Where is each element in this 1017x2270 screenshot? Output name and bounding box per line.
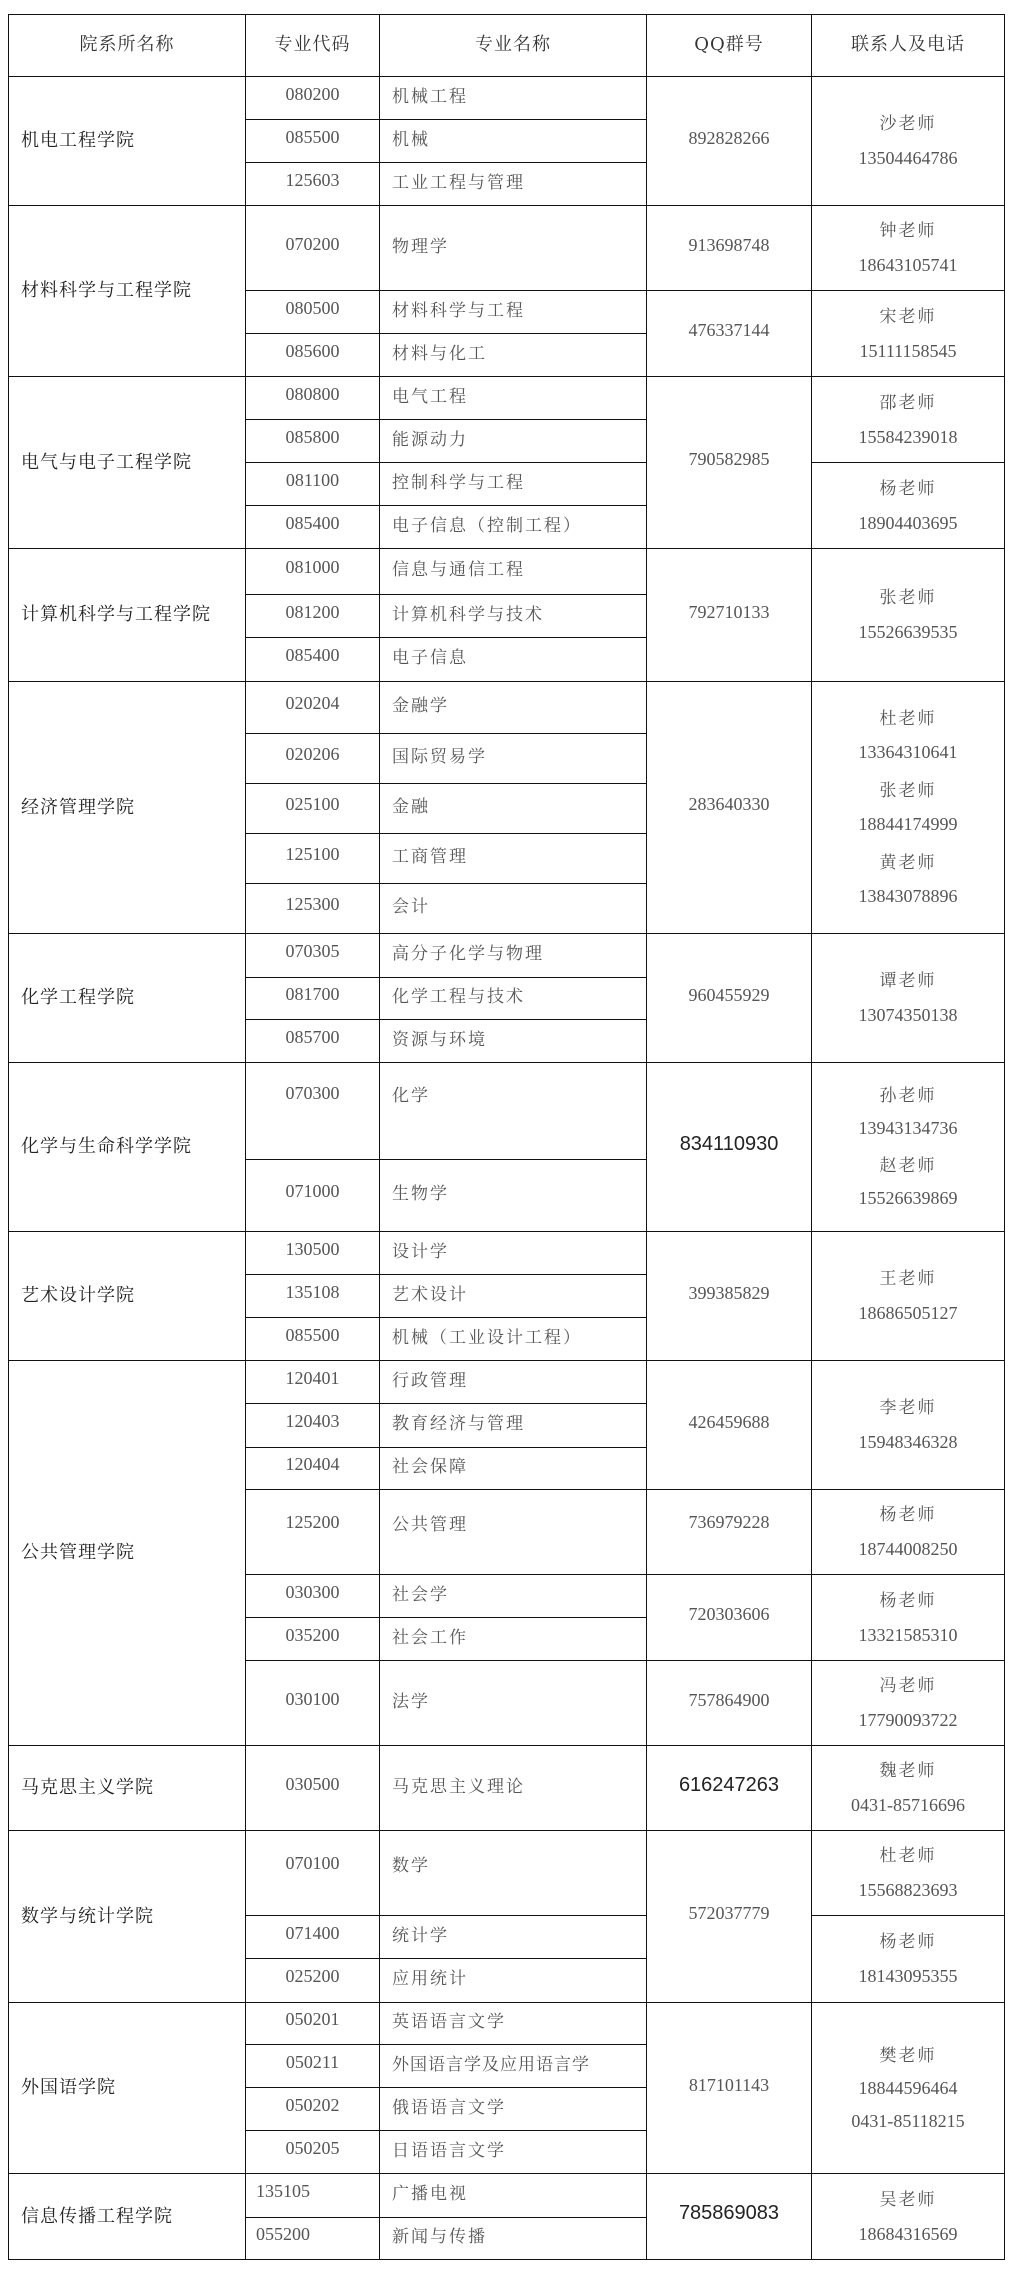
contact-cell: 杜老师 13364310641 张老师 18844174999 黄老师 1384… [811, 681, 1005, 934]
contact-cell: 杨老师 18904403695 [811, 462, 1005, 549]
contact-phone: 18684316569 [859, 2224, 958, 2245]
major-code: 125300 [245, 883, 380, 934]
major-code: 080500 [245, 290, 380, 334]
major-name: 国际贸易学 [379, 733, 647, 784]
contact-name: 宋老师 [880, 302, 937, 327]
contact-name: 沙老师 [880, 109, 937, 134]
contact-name: 邵老师 [880, 388, 937, 413]
major-name: 统计学 [379, 1915, 647, 1959]
contact-name: 张老师 [880, 776, 937, 801]
major-name: 资源与环境 [379, 1019, 647, 1063]
contact-phone: 0431-85118215 [851, 2111, 964, 2132]
contact-name: 杨老师 [880, 474, 937, 499]
contact-cell: 吴老师 18684316569 [811, 2173, 1005, 2260]
contact-phone: 15948346328 [859, 1432, 958, 1453]
contact-cell: 杨老师 18143095355 [811, 1915, 1005, 2003]
major-code: 120403 [245, 1403, 380, 1448]
contact-cell: 沙老师 13504464786 [811, 76, 1005, 206]
qq-group: 616247263 [646, 1745, 812, 1831]
contact-table: 院系所名称 专业代码 专业名称 QQ群号 联系人及电话 机电工程学院 08020… [0, 0, 1017, 2270]
contact-phone: 18643105741 [859, 255, 958, 276]
major-name: 会计 [379, 883, 647, 934]
college-name: 电气与电子工程学院 [8, 376, 246, 549]
major-code: 085800 [245, 419, 380, 463]
college-name: 公共管理学院 [8, 1360, 246, 1746]
major-name: 数学 [379, 1830, 647, 1916]
contact-phone: 18744008250 [859, 1539, 958, 1560]
header-college: 院系所名称 [8, 14, 246, 77]
contact-cell: 钟老师 18643105741 [811, 205, 1005, 291]
major-name: 社会保障 [379, 1447, 647, 1490]
contact-phone: 13943134736 [859, 1118, 958, 1139]
contact-name: 杨老师 [880, 1927, 937, 1952]
header-qq: QQ群号 [646, 14, 812, 77]
contact-cell: 冯老师 17790093722 [811, 1660, 1005, 1746]
major-code: 050201 [245, 2002, 380, 2045]
major-code: 081000 [245, 548, 380, 595]
major-code: 071400 [245, 1915, 380, 1959]
contact-cell: 杜老师 15568823693 [811, 1830, 1005, 1916]
major-name: 俄语语言文学 [379, 2087, 647, 2131]
major-name: 设计学 [379, 1231, 647, 1275]
major-code: 020204 [245, 681, 380, 734]
college-name: 化学与生命科学学院 [8, 1062, 246, 1232]
contact-cell: 张老师 15526639535 [811, 548, 1005, 682]
contact-name: 孙老师 [880, 1081, 937, 1106]
major-code: 070200 [245, 205, 380, 291]
major-name: 机械 [379, 119, 647, 163]
major-code: 025100 [245, 783, 380, 834]
college-name: 计算机科学与工程学院 [8, 548, 246, 682]
qq-group: 399385829 [646, 1231, 812, 1361]
college-name: 化学工程学院 [8, 933, 246, 1063]
major-name: 日语语言文学 [379, 2130, 647, 2174]
contact-phone: 15111158545 [860, 341, 957, 362]
qq-group: 757864900 [646, 1660, 812, 1746]
contact-phone: 18686505127 [859, 1303, 958, 1324]
major-name: 工商管理 [379, 833, 647, 884]
contact-cell: 邵老师 15584239018 [811, 376, 1005, 463]
major-code: 050211 [245, 2044, 380, 2088]
qq-group: 834110930 [646, 1062, 812, 1232]
major-name: 机械工程 [379, 76, 647, 120]
qq-group: 283640330 [646, 681, 812, 934]
contact-cell: 杨老师 13321585310 [811, 1574, 1005, 1661]
major-name: 外国语言学及应用语言学 [379, 2044, 647, 2088]
contact-cell: 谭老师 13074350138 [811, 933, 1005, 1063]
major-code: 085400 [245, 637, 380, 682]
major-code: 035200 [245, 1617, 380, 1661]
major-code: 125100 [245, 833, 380, 884]
major-name: 生物学 [379, 1159, 647, 1232]
contact-phone: 13504464786 [859, 148, 958, 169]
contact-phone: 18143095355 [859, 1966, 958, 1987]
qq-group: 817101143 [646, 2002, 812, 2174]
contact-phone: 18844174999 [859, 814, 958, 835]
contact-name: 钟老师 [880, 216, 937, 241]
major-name: 法学 [379, 1660, 647, 1746]
major-name: 应用统计 [379, 1958, 647, 2003]
contact-name: 杨老师 [880, 1586, 937, 1611]
contact-name: 冯老师 [880, 1671, 937, 1696]
qq-group: 720303606 [646, 1574, 812, 1661]
college-name: 信息传播工程学院 [8, 2173, 246, 2260]
major-code: 050202 [245, 2087, 380, 2131]
major-name: 金融 [379, 783, 647, 834]
contact-name: 杜老师 [880, 1841, 937, 1866]
contact-phone: 13321585310 [859, 1625, 958, 1646]
qq-group: 785869083 [646, 2173, 812, 2260]
contact-phone: 13364310641 [859, 742, 958, 763]
major-name: 化学工程与技术 [379, 977, 647, 1020]
contact-phone: 18844596464 [859, 2078, 958, 2099]
contact-cell: 李老师 15948346328 [811, 1360, 1005, 1490]
college-name: 机电工程学院 [8, 76, 246, 206]
contact-phone: 13843078896 [859, 886, 958, 907]
qq-group: 792710133 [646, 548, 812, 682]
contact-phone: 13074350138 [859, 1005, 958, 1026]
qq-group: 790582985 [646, 376, 812, 549]
qq-group: 960455929 [646, 933, 812, 1063]
major-name: 艺术设计 [379, 1274, 647, 1318]
major-name: 社会学 [379, 1574, 647, 1618]
major-name: 高分子化学与物理 [379, 933, 647, 978]
major-name: 工业工程与管理 [379, 162, 647, 206]
contact-name: 赵老师 [880, 1151, 937, 1176]
major-code: 085700 [245, 1019, 380, 1063]
qq-group: 913698748 [646, 205, 812, 291]
contact-phone: 0431-85716696 [851, 1795, 965, 1816]
major-name: 材料与化工 [379, 333, 647, 377]
contact-cell: 樊老师 18844596464 0431-85118215 [811, 2002, 1005, 2174]
contact-phone: 17790093722 [859, 1710, 958, 1731]
major-name: 广播电视 [379, 2173, 647, 2218]
major-code: 020206 [245, 733, 380, 784]
major-name: 电子信息 [379, 637, 647, 682]
major-code: 085400 [245, 505, 380, 549]
college-name: 外国语学院 [8, 2002, 246, 2174]
major-name: 控制科学与工程 [379, 462, 647, 506]
major-code: 130500 [245, 1231, 380, 1275]
contact-name: 李老师 [880, 1393, 937, 1418]
major-name: 社会工作 [379, 1617, 647, 1661]
college-name: 艺术设计学院 [8, 1231, 246, 1361]
major-name: 电气工程 [379, 376, 647, 420]
major-code: 070300 [245, 1062, 380, 1160]
major-name: 教育经济与管理 [379, 1403, 647, 1448]
major-code: 080200 [245, 76, 380, 120]
college-name: 材料科学与工程学院 [8, 205, 246, 377]
contact-name: 谭老师 [880, 966, 937, 991]
major-code: 030300 [245, 1574, 380, 1618]
major-code: 135105 [245, 2173, 380, 2218]
contact-cell: 魏老师 0431-85716696 [811, 1745, 1005, 1831]
major-code: 055200 [245, 2217, 380, 2260]
contact-phone: 15526639869 [859, 1188, 958, 1209]
major-name: 信息与通信工程 [379, 548, 647, 595]
contact-name: 杨老师 [880, 1500, 937, 1525]
major-name: 计算机科学与技术 [379, 594, 647, 638]
college-name: 马克思主义学院 [8, 1745, 246, 1831]
contact-phone: 15526639535 [859, 622, 958, 643]
contact-phone: 18904403695 [859, 513, 958, 534]
major-name: 金融学 [379, 681, 647, 734]
major-code: 135108 [245, 1274, 380, 1318]
qq-group: 892828266 [646, 76, 812, 206]
major-name: 能源动力 [379, 419, 647, 463]
major-code: 025200 [245, 1958, 380, 2003]
major-code: 125200 [245, 1489, 380, 1575]
contact-cell: 杨老师 18744008250 [811, 1489, 1005, 1575]
contact-cell: 孙老师 13943134736 赵老师 15526639869 [811, 1062, 1005, 1232]
major-name: 电子信息（控制工程） [379, 505, 647, 549]
qq-group: 736979228 [646, 1489, 812, 1575]
major-code: 081100 [245, 462, 380, 506]
contact-name: 张老师 [880, 583, 937, 608]
major-code: 070100 [245, 1830, 380, 1916]
contact-name: 樊老师 [880, 2041, 937, 2066]
college-name: 数学与统计学院 [8, 1830, 246, 2003]
qq-group: 572037779 [646, 1830, 812, 2003]
major-name: 公共管理 [379, 1489, 647, 1575]
contact-name: 黄老师 [880, 848, 937, 873]
major-code: 080800 [245, 376, 380, 420]
major-code: 120401 [245, 1360, 380, 1404]
qq-group: 426459688 [646, 1360, 812, 1490]
major-name: 机械（工业设计工程） [379, 1317, 647, 1361]
contact-name: 魏老师 [880, 1756, 937, 1781]
major-code: 085500 [245, 119, 380, 163]
major-name: 材料科学与工程 [379, 290, 647, 334]
major-name: 物理学 [379, 205, 647, 291]
header-contact: 联系人及电话 [811, 14, 1005, 77]
major-name: 行政管理 [379, 1360, 647, 1404]
contact-phone: 15584239018 [859, 427, 958, 448]
major-code: 081200 [245, 594, 380, 638]
contact-name: 王老师 [880, 1264, 937, 1289]
major-code: 120404 [245, 1447, 380, 1490]
major-name: 英语语言文学 [379, 2002, 647, 2045]
major-code: 070305 [245, 933, 380, 978]
major-code: 030100 [245, 1660, 380, 1746]
major-code: 030500 [245, 1745, 380, 1831]
major-name: 新闻与传播 [379, 2217, 647, 2260]
header-major: 专业名称 [379, 14, 647, 77]
college-name: 经济管理学院 [8, 681, 246, 934]
contact-cell: 王老师 18686505127 [811, 1231, 1005, 1361]
major-code: 081700 [245, 977, 380, 1020]
contact-phone: 15568823693 [859, 1880, 958, 1901]
major-code: 071000 [245, 1159, 380, 1232]
contact-name: 杜老师 [880, 704, 937, 729]
major-code: 125603 [245, 162, 380, 206]
qq-group: 476337144 [646, 290, 812, 377]
major-code: 085500 [245, 1317, 380, 1361]
major-code: 050205 [245, 2130, 380, 2174]
major-code: 085600 [245, 333, 380, 377]
major-name: 化学 [379, 1062, 647, 1160]
major-name: 马克思主义理论 [379, 1745, 647, 1831]
contact-name: 吴老师 [880, 2185, 937, 2210]
header-code: 专业代码 [245, 14, 380, 77]
contact-cell: 宋老师 15111158545 [811, 290, 1005, 377]
